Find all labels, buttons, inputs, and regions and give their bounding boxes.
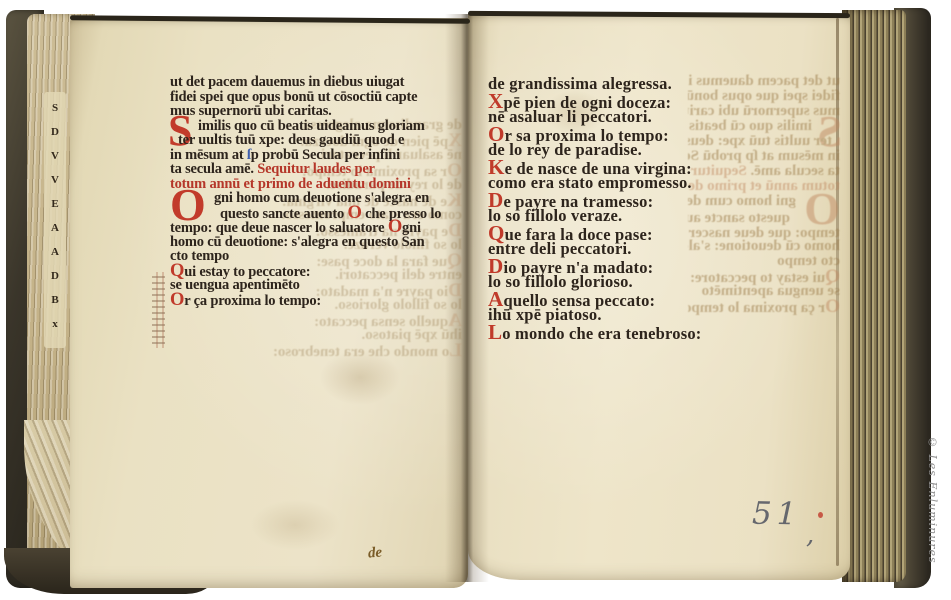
fore-edge-letter: x (44, 312, 66, 336)
right-fore-edge-pages (842, 10, 906, 582)
manuscript-line: Aquello sensa peccato: (488, 287, 808, 304)
manuscript-line: Qui estay to peccatore: (170, 259, 470, 274)
fore-edge-letter: E (44, 192, 66, 216)
manuscript-line: ut det pacem dauemus in diebus uiugat (170, 70, 470, 85)
manuscript-line: mus supernorū ubi caritas. (170, 99, 470, 114)
manuscript-line: ihū xpē piatoso. (488, 303, 808, 320)
manuscript-line: Or sa proxima lo tempo: (488, 122, 808, 139)
manuscript-line: tempo: que deue nascer lo saluatore Ogni (170, 215, 470, 230)
manuscript-line: Ogni homo cum deuotione s'alegra en (170, 186, 470, 201)
manuscript-line: de grandissima alegressa. (488, 72, 808, 89)
rubric-text: O (170, 289, 184, 310)
fore-edge-letter: V (44, 144, 66, 168)
manuscript-line: ta secula amē. Sequitur laudes per (170, 157, 470, 172)
manuscript-line: Que fara la doce pase: (488, 221, 808, 238)
body-text: r ça proxima lo tempo: (184, 293, 321, 309)
page-crease (836, 18, 839, 566)
manuscript-line: ter uultis tuū xpe: deus gaudiū quod e (170, 128, 470, 143)
manuscript-line: Lo mondo che era tenebroso: (488, 320, 808, 337)
manuscript-line: fidei spei que opus bonū ut cōsoctiū cap… (170, 85, 470, 100)
manuscript-line: de lo rey de paradise. (488, 138, 808, 155)
red-ink-dot (818, 512, 823, 518)
rubric-text: L (488, 320, 502, 344)
fore-edge-letter: V (44, 168, 66, 192)
manuscript-line: Ke de nasce de una virgina: (488, 155, 808, 172)
fore-edge-letter: D (44, 120, 66, 144)
catchword: de (367, 544, 383, 562)
manuscript-line: Dio payre n'a madato: (488, 254, 808, 271)
left-page-text: ut det pacem dauemus in diebus uiugatfid… (170, 70, 470, 302)
right-page-text: de grandissima alegressa.Xpē pien de ogn… (488, 72, 808, 336)
fore-edge-letter: S (44, 96, 66, 120)
penwork-flourish (152, 272, 165, 348)
manuscript-line: nē asaluar li peccatori. (488, 105, 808, 122)
manuscript-line: cto tempo (170, 244, 470, 259)
folio-mark: , (806, 520, 814, 550)
fore-edge-letter: D (44, 264, 66, 288)
fore-edge-title: SDVVEAADBx (44, 96, 66, 336)
manuscript-line: in mēsum at ſp probū Secula per infini (170, 143, 470, 158)
manuscript-line: Or ça proxima lo tempo: (170, 288, 470, 303)
fore-edge-letter: A (44, 216, 66, 240)
manuscript-line: Xpē pien de ogni doceza: (488, 89, 808, 106)
fore-edge-letter: A (44, 240, 66, 264)
manuscript-line: como era stato empromesso. (488, 171, 808, 188)
copyright-watermark: © Les Enluminures (926, 436, 939, 600)
body-text: o mondo che era tenebroso: (502, 324, 701, 343)
folio-number: 51 (752, 496, 802, 533)
manuscript-line: homo cū deuotione: s'alegra en questo Sa… (170, 230, 470, 245)
manuscript-line: De payre na tramesso: (488, 188, 808, 205)
manuscript-line: lo so fillolo glorioso. (488, 270, 808, 287)
manuscript-line: questo sancte auento O che presso lo (170, 201, 470, 216)
manuscript-line: se uengua apentimēto (170, 273, 470, 288)
manuscript-line: totum annū et primo de aduentu domini (170, 172, 470, 187)
fore-edge-letter: B (44, 288, 66, 312)
manuscript-line: Similis quo cū beatis uideamus gloriam (170, 114, 470, 129)
book-photo: SDVVEAADBx de grandissima alegressa.Xpē … (0, 0, 951, 600)
manuscript-line: lo so fillolo veraze. (488, 204, 808, 221)
manuscript-line: entre deli peccatori. (488, 237, 808, 254)
